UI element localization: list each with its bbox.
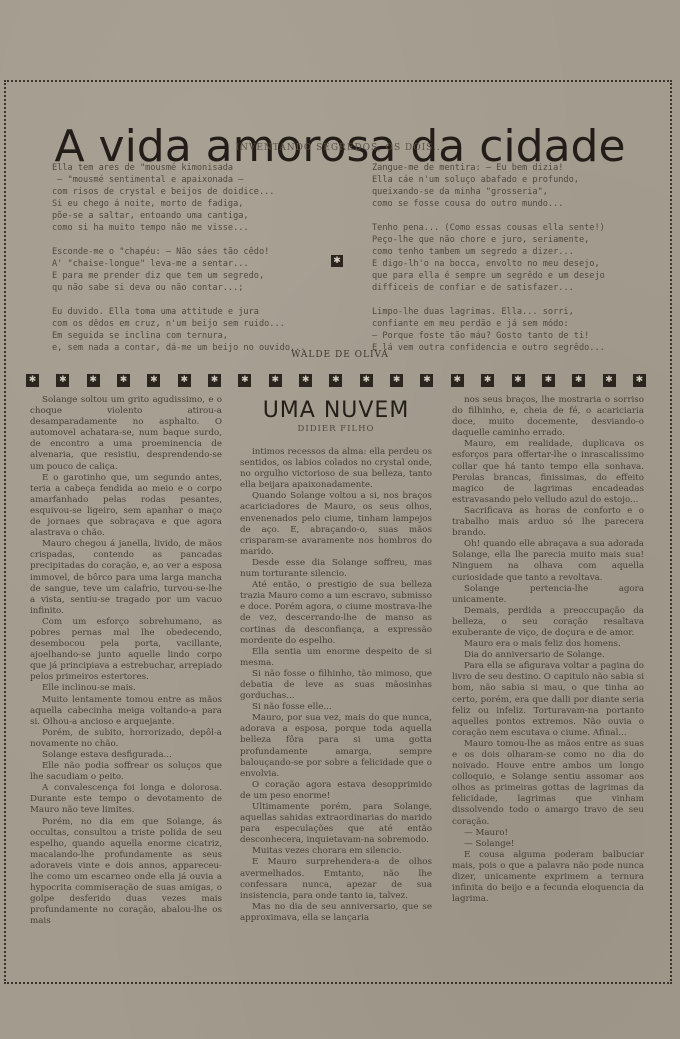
story-column-2: intimos recessos da alma: ella perdeu os…	[240, 447, 432, 924]
story-paragraph: — Mauro!	[452, 828, 644, 839]
story-paragraph: Porém, no dia em que Solange, ás occulta…	[30, 817, 222, 928]
story-paragraph: Até então, o prestigio de sua belleza tr…	[240, 580, 432, 647]
star-block-icon: ✱	[633, 374, 646, 387]
star-block-icon: ✱	[329, 374, 342, 387]
star-block-icon: ✱	[26, 374, 39, 387]
star-block-icon: ✱	[360, 374, 373, 387]
story-paragraph: Elle inclinou-se mais.	[30, 683, 222, 694]
story-paragraph: O coração agora estava desopprimido de u…	[240, 780, 432, 802]
star-block-icon: ✱	[572, 374, 585, 387]
star-block-icon: ✱	[542, 374, 555, 387]
story-paragraph: nos seus braços, lhe mostraria o sorriso…	[452, 395, 644, 439]
star-block-icon: ✱	[269, 374, 282, 387]
star-block-icon: ✱	[420, 374, 433, 387]
story-paragraph: Oh! quando elle abraçava a sua adorada S…	[452, 539, 644, 583]
story-paragraph: Elle não podia soffrear os soluços que l…	[30, 761, 222, 783]
story-paragraph: Solange pertencia-lhe agora unicamente.	[452, 584, 644, 606]
star-block-icon: ✱	[451, 374, 464, 387]
story-column-3: nos seus braços, lhe mostraria o sorriso…	[452, 395, 644, 905]
star-ornament-row: ✱✱✱✱✱✱✱✱✱✱✱✱✱✱✱✱✱✱✱✱✱	[26, 374, 646, 388]
story-title: UMA NUVEM	[240, 398, 432, 423]
story-paragraph: Dia do anniversario de Solange.	[452, 650, 644, 661]
poem-subtitle: INVENTANDO SEGREDOS, OS DOIS...	[0, 143, 680, 153]
star-block-icon: ✱	[390, 374, 403, 387]
star-block-icon: ✱	[87, 374, 100, 387]
poem-stanza: Ella tem ares de "mousmé kimonisada — "m…	[52, 162, 306, 234]
story-paragraph: intimos recessos da alma: ella perdeu os…	[240, 447, 432, 491]
story-paragraph: Muito lentamente tomou entre as mãos aqu…	[30, 695, 222, 728]
poem-left-column: Ella tem ares de "mousmé kimonisada — "m…	[52, 162, 306, 366]
poem-stanza: Esconde-me o "chapéu: — Não sáes tão cêd…	[52, 246, 306, 294]
story-paragraph: E Mauro surprehendera-a de olhos avermel…	[240, 857, 432, 901]
story-paragraph: Mauro, em realidade, duplicava os esforç…	[452, 439, 644, 506]
story-paragraph: Ultimamente porém, para Solange, aquella…	[240, 802, 432, 846]
story-paragraph: Mas no dia de seu anniversario, que se a…	[240, 902, 432, 924]
story-paragraph: Demais, perdida a preoccupação da bellez…	[452, 606, 644, 639]
story-paragraph: Ella sentia um enorme despeito de si mes…	[240, 647, 432, 669]
story-author: DIDIER FILHO	[240, 424, 432, 434]
star-block-icon: ✱	[238, 374, 251, 387]
story-column-1: Solange soltou um grito agudissimo, e o …	[30, 395, 222, 928]
story-paragraph: A convalescença foi longa e dolorosa. Du…	[30, 783, 222, 816]
story-paragraph: Para ella se afigurava voltar a pagina d…	[452, 661, 644, 739]
star-block-icon: ✱	[481, 374, 494, 387]
story-paragraph: — Solange!	[452, 839, 644, 850]
story-paragraph: Desde esse dia Solange soffreu, mas num …	[240, 558, 432, 580]
story-paragraph: Mauro tomou-lhe as mãos entre as suas e …	[452, 739, 644, 828]
star-block-icon: ✱	[208, 374, 221, 387]
poem-author: WALDE DE OLIVA	[0, 350, 680, 360]
story-paragraph: Sacrificava as horas de conforto e o tra…	[452, 506, 644, 539]
poem-right-column: Zangue-me de mentira: — Eu bem dizia! El…	[372, 162, 605, 366]
story-paragraph: Si não fosse o filhinho, tão mimoso, que…	[240, 669, 432, 702]
story-paragraph: E o garotinho que, um segundo antes, ter…	[30, 473, 222, 540]
story-paragraph: Muitas vezes chorara em silencio.	[240, 846, 432, 857]
star-block-icon: ✱	[299, 374, 312, 387]
story-paragraph: Mauro era o mais feliz dos homens.	[452, 639, 644, 650]
story-paragraph: Solange soltou um grito agudissimo, e o …	[30, 395, 222, 473]
poem-stanza: Eu duvido. Ella toma uma attitude e jura…	[52, 306, 306, 354]
star-block-icon: ✱	[178, 374, 191, 387]
star-block-icon: ✱	[56, 374, 69, 387]
story-paragraph: Porém, de subito, horrorizado, depôl-a n…	[30, 728, 222, 750]
story-paragraph: E cousa alguma poderam balbuciar mais, p…	[452, 850, 644, 905]
story-paragraph: Si não fosse elle...	[240, 702, 432, 713]
story-paragraph: Solange estava desfigurada...	[30, 750, 222, 761]
story-paragraph: Mauro chegou á janella, livido, de mãos …	[30, 539, 222, 617]
poem-stanza: Zangue-me de mentira: — Eu bem dizia! El…	[372, 162, 605, 210]
star-block-icon: ✱	[512, 374, 525, 387]
star-block-icon: ✱	[331, 255, 343, 267]
poem-stanza: Limpo-lhe duas lagrimas. Ella... sorri, …	[372, 306, 605, 354]
story-paragraph: Mauro, por sua vez, mais do que nunca, a…	[240, 713, 432, 780]
story-paragraph: Quando Solange voltou a si, nos braços a…	[240, 491, 432, 558]
star-block-icon: ✱	[147, 374, 160, 387]
poem-stanza: Tenho pena... (Como essas cousas ella se…	[372, 222, 605, 294]
star-block-icon: ✱	[117, 374, 130, 387]
story-paragraph: Com um esforço sobrehumano, as pobres pe…	[30, 617, 222, 684]
star-block-icon: ✱	[603, 374, 616, 387]
